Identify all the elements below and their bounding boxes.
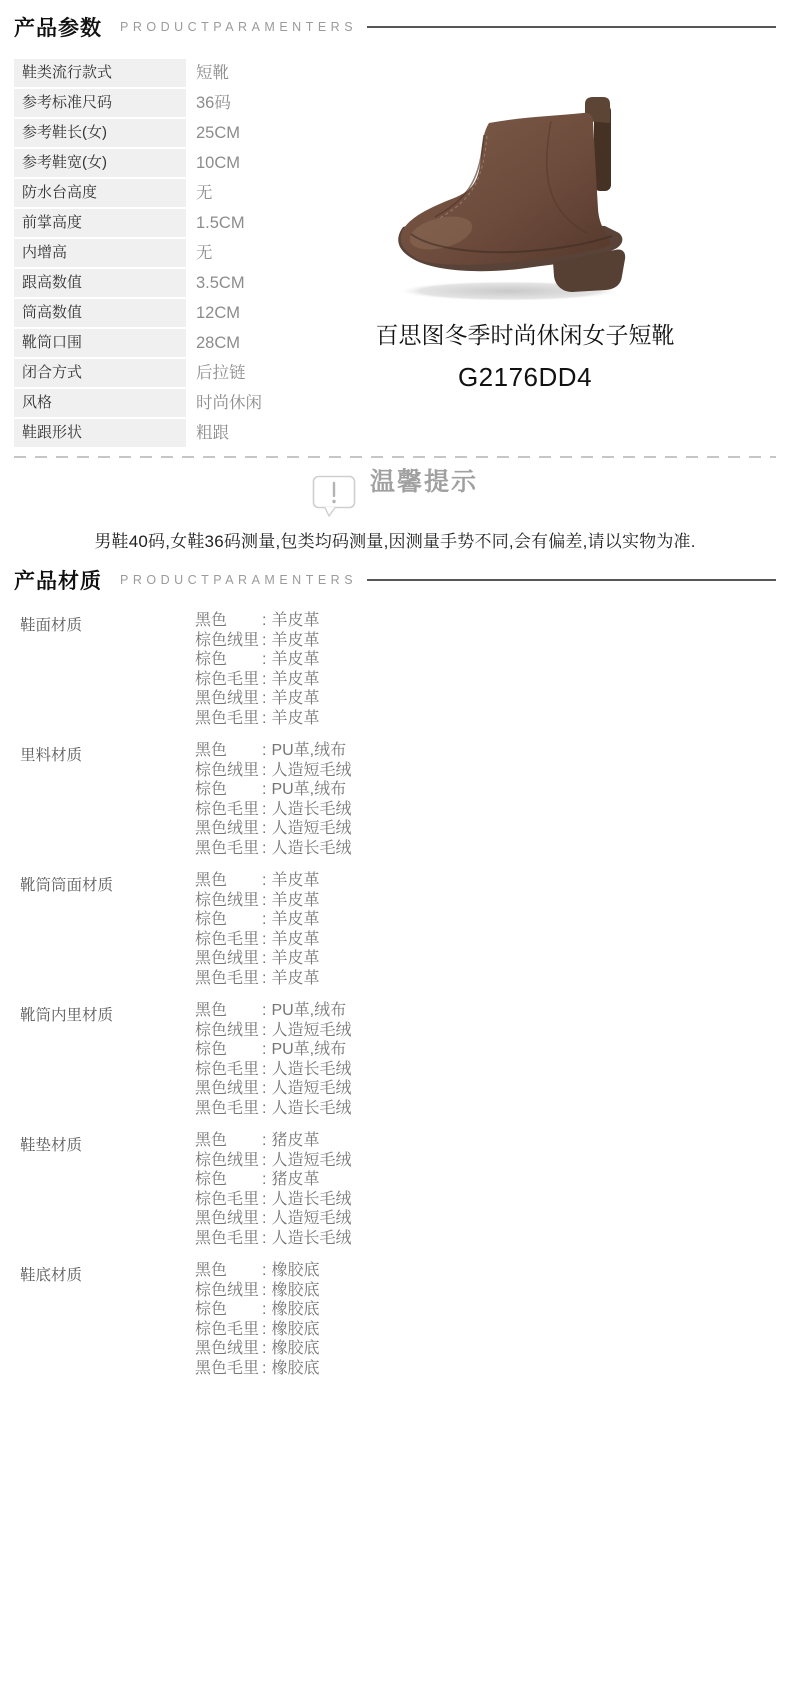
material-separator: : (262, 709, 266, 729)
material-value: 人造短毛绒 (271, 820, 351, 837)
material-line: 黑色:PU革,绒布 (195, 1001, 776, 1021)
material-line: 黑色绒里:人造短毛绒 (195, 819, 776, 839)
material-line: 棕色:猪皮革 (195, 1170, 776, 1190)
spec-row: 靴筒口围 28CM (14, 329, 374, 357)
material-line: 黑色:羊皮革 (195, 871, 776, 891)
materials-section-title: 产品材质 (14, 565, 102, 595)
tips-block: 温馨提示 男鞋40码,女鞋36码测量,包类均码测量,因测量手势不同,会有偏差,请… (0, 465, 790, 552)
material-line: 棕色绒里:人造短毛绒 (195, 761, 776, 781)
material-group-label: 鞋垫材质 (14, 1131, 195, 1248)
material-group: 鞋面材质 黑色:羊皮革 棕色绒里:羊皮革 棕色:羊皮革 棕色毛里:羊皮革 黑色绒… (14, 611, 776, 728)
material-color-name: 黑色毛里 (195, 1099, 262, 1119)
product-caption: 百思图冬季时尚休闲女子短靴 (350, 317, 700, 350)
material-line: 黑色:PU革,绒布 (195, 741, 776, 761)
material-separator: : (262, 1060, 266, 1080)
dashed-divider (14, 456, 776, 458)
params-section-subtitle: PRODUCTPARAMENTERS (120, 20, 357, 34)
material-separator: : (262, 1099, 266, 1119)
spec-row: 筒高数值 12CM (14, 299, 374, 327)
material-value: 羊皮革 (271, 671, 319, 688)
material-value: 羊皮革 (271, 872, 319, 889)
material-value: 羊皮革 (271, 950, 319, 967)
spec-label: 靴筒口围 (14, 329, 186, 357)
material-value: 人造长毛绒 (271, 1100, 351, 1117)
material-line: 黑色绒里:人造短毛绒 (195, 1209, 776, 1229)
material-separator: : (262, 761, 266, 781)
material-separator: : (262, 1190, 266, 1210)
material-value: PU革,绒布 (271, 1041, 346, 1058)
product-detail-page: 产品参数 PRODUCTPARAMENTERS 鞋类流行款式 短靴 参考标准尺码… (0, 0, 790, 1690)
material-value: 人造长毛绒 (271, 801, 351, 818)
material-separator: : (262, 1320, 266, 1340)
material-line: 棕色毛里:人造长毛绒 (195, 800, 776, 820)
material-color-name: 黑色绒里 (195, 1079, 262, 1099)
exclamation-bubble-icon (312, 475, 356, 521)
spec-value: 3.5CM (196, 269, 245, 297)
material-color-name: 黑色绒里 (195, 819, 262, 839)
material-separator: : (262, 650, 266, 670)
material-separator: : (262, 910, 266, 930)
material-color-name: 棕色绒里 (195, 1281, 262, 1301)
spec-table: 鞋类流行款式 短靴 参考标准尺码 36码 参考鞋长(女) 25CM 参考鞋宽(女… (14, 59, 374, 447)
material-value: 羊皮革 (271, 651, 319, 668)
material-color-name: 黑色毛里 (195, 709, 262, 729)
material-line: 棕色:羊皮革 (195, 910, 776, 930)
spec-value: 28CM (196, 329, 240, 357)
material-color-name: 棕色毛里 (195, 1060, 262, 1080)
material-line: 黑色毛里:羊皮革 (195, 969, 776, 989)
material-separator: : (262, 930, 266, 950)
material-value: 人造长毛绒 (271, 1061, 351, 1078)
material-lines: 黑色:猪皮革 棕色绒里:人造短毛绒 棕色:猪皮革 棕色毛里:人造长毛绒 黑色绒里… (195, 1131, 776, 1248)
spec-row: 参考鞋宽(女) 10CM (14, 149, 374, 177)
material-value: 人造长毛绒 (271, 1191, 351, 1208)
material-separator: : (262, 1001, 266, 1021)
tips-note: 男鞋40码,女鞋36码测量,包类均码测量,因测量手势不同,会有偏差,请以实物为准… (0, 527, 790, 552)
material-line: 棕色:羊皮革 (195, 650, 776, 670)
product-preview: 百思图冬季时尚休闲女子短靴 G2176DD4 (350, 95, 700, 393)
spec-label: 前掌高度 (14, 209, 186, 237)
materials-list: 鞋面材质 黑色:羊皮革 棕色绒里:羊皮革 棕色:羊皮革 棕色毛里:羊皮革 黑色绒… (0, 611, 790, 1378)
material-color-name: 棕色毛里 (195, 930, 262, 950)
material-group-label: 鞋底材质 (14, 1261, 195, 1378)
material-group: 靴筒内里材质 黑色:PU革,绒布 棕色绒里:人造短毛绒 棕色:PU革,绒布 棕色… (14, 1001, 776, 1118)
spec-value: 无 (196, 179, 213, 207)
material-line: 黑色:羊皮革 (195, 611, 776, 631)
material-value: 羊皮革 (271, 892, 319, 909)
spec-label: 防水台高度 (14, 179, 186, 207)
spec-label: 参考鞋长(女) (14, 119, 186, 147)
material-lines: 黑色:羊皮革 棕色绒里:羊皮革 棕色:羊皮革 棕色毛里:羊皮革 黑色绒里:羊皮革… (195, 871, 776, 988)
material-color-name: 棕色毛里 (195, 800, 262, 820)
spec-label: 参考鞋宽(女) (14, 149, 186, 177)
materials-section-subtitle: PRODUCTPARAMENTERS (120, 573, 357, 587)
material-separator: : (262, 1209, 266, 1229)
material-separator: : (262, 1170, 266, 1190)
material-separator: : (262, 1261, 266, 1281)
spec-row: 参考鞋长(女) 25CM (14, 119, 374, 147)
spec-value: 1.5CM (196, 209, 245, 237)
material-line: 棕色:橡胶底 (195, 1300, 776, 1320)
material-color-name: 棕色毛里 (195, 670, 262, 690)
material-separator: : (262, 1339, 266, 1359)
material-line: 棕色:PU革,绒布 (195, 1040, 776, 1060)
material-line: 棕色绒里:羊皮革 (195, 891, 776, 911)
material-group: 鞋底材质 黑色:橡胶底 棕色绒里:橡胶底 棕色:橡胶底 棕色毛里:橡胶底 黑色绒… (14, 1261, 776, 1378)
material-line: 黑色绒里:羊皮革 (195, 949, 776, 969)
material-group-label: 靴筒筒面材质 (14, 871, 195, 988)
material-value: 羊皮革 (271, 710, 319, 727)
params-section-title: 产品参数 (14, 12, 102, 42)
material-color-name: 黑色毛里 (195, 1229, 262, 1249)
spec-value: 时尚休闲 (196, 389, 262, 417)
material-line: 棕色毛里:人造长毛绒 (195, 1190, 776, 1210)
material-color-name: 棕色绒里 (195, 631, 262, 651)
header-rule-line (367, 26, 776, 28)
material-color-name: 黑色绒里 (195, 1339, 262, 1359)
material-line: 棕色绒里:人造短毛绒 (195, 1021, 776, 1041)
tips-header: 温馨提示 (312, 465, 478, 521)
material-line: 黑色:猪皮革 (195, 1131, 776, 1151)
spec-row: 鞋类流行款式 短靴 (14, 59, 374, 87)
material-separator: : (262, 1079, 266, 1099)
material-color-name: 棕色 (195, 1040, 262, 1060)
spec-row: 前掌高度 1.5CM (14, 209, 374, 237)
material-separator: : (262, 631, 266, 651)
spec-row: 闭合方式 后拉链 (14, 359, 374, 387)
material-color-name: 棕色绒里 (195, 1021, 262, 1041)
material-line: 棕色绒里:人造短毛绒 (195, 1151, 776, 1171)
material-separator: : (262, 969, 266, 989)
header-rule-line (367, 579, 776, 581)
material-value: 橡胶底 (271, 1301, 319, 1318)
material-lines: 黑色:PU革,绒布 棕色绒里:人造短毛绒 棕色:PU革,绒布 棕色毛里:人造长毛… (195, 1001, 776, 1118)
material-color-name: 黑色 (195, 741, 262, 761)
materials-section-header: 产品材质 PRODUCTPARAMENTERS (0, 565, 790, 595)
material-separator: : (262, 819, 266, 839)
material-value: 猪皮革 (271, 1171, 319, 1188)
spec-label: 筒高数值 (14, 299, 186, 327)
spec-value: 36码 (196, 89, 231, 117)
params-area: 鞋类流行款式 短靴 参考标准尺码 36码 参考鞋长(女) 25CM 参考鞋宽(女… (0, 59, 790, 451)
material-separator: : (262, 780, 266, 800)
material-line: 黑色绒里:橡胶底 (195, 1339, 776, 1359)
material-color-name: 棕色毛里 (195, 1190, 262, 1210)
material-value: 人造短毛绒 (271, 1210, 351, 1227)
material-line: 黑色绒里:羊皮革 (195, 689, 776, 709)
material-lines: 黑色:橡胶底 棕色绒里:橡胶底 棕色:橡胶底 棕色毛里:橡胶底 黑色绒里:橡胶底… (195, 1261, 776, 1378)
material-value: 猪皮革 (271, 1132, 319, 1149)
material-color-name: 黑色 (195, 1001, 262, 1021)
material-value: 橡胶底 (271, 1321, 319, 1338)
material-separator: : (262, 1300, 266, 1320)
tips-title: 温馨提示 (370, 465, 478, 499)
material-value: 橡胶底 (271, 1282, 319, 1299)
material-color-name: 黑色绒里 (195, 689, 262, 709)
material-separator: : (262, 1151, 266, 1171)
material-line: 黑色:橡胶底 (195, 1261, 776, 1281)
material-value: 羊皮革 (271, 690, 319, 707)
spec-label: 闭合方式 (14, 359, 186, 387)
material-separator: : (262, 949, 266, 969)
spec-row: 参考标准尺码 36码 (14, 89, 374, 117)
spec-value: 短靴 (196, 59, 229, 87)
material-value: 人造短毛绒 (271, 1080, 351, 1097)
material-value: 羊皮革 (271, 911, 319, 928)
boot-image (391, 95, 659, 303)
material-separator: : (262, 871, 266, 891)
material-line: 黑色毛里:人造长毛绒 (195, 1099, 776, 1119)
params-section-header: 产品参数 PRODUCTPARAMENTERS (0, 12, 790, 42)
material-value: 羊皮革 (271, 970, 319, 987)
material-group-label: 靴筒内里材质 (14, 1001, 195, 1118)
spec-value: 10CM (196, 149, 240, 177)
spec-label: 风格 (14, 389, 186, 417)
material-separator: : (262, 689, 266, 709)
material-color-name: 棕色 (195, 910, 262, 930)
material-separator: : (262, 611, 266, 631)
material-value: 橡胶底 (271, 1360, 319, 1377)
spec-value: 粗跟 (196, 419, 229, 447)
spec-row: 防水台高度 无 (14, 179, 374, 207)
material-line: 黑色毛里:人造长毛绒 (195, 1229, 776, 1249)
material-line: 棕色绒里:羊皮革 (195, 631, 776, 651)
spec-label: 鞋跟形状 (14, 419, 186, 447)
material-group-label: 鞋面材质 (14, 611, 195, 728)
spec-value: 25CM (196, 119, 240, 147)
material-line: 黑色毛里:人造长毛绒 (195, 839, 776, 859)
material-value: 羊皮革 (271, 931, 319, 948)
material-group: 里料材质 黑色:PU革,绒布 棕色绒里:人造短毛绒 棕色:PU革,绒布 棕色毛里… (14, 741, 776, 858)
material-color-name: 黑色绒里 (195, 1209, 262, 1229)
spec-label: 跟高数值 (14, 269, 186, 297)
material-color-name: 黑色 (195, 1261, 262, 1281)
material-value: 人造长毛绒 (271, 840, 351, 857)
material-color-name: 黑色 (195, 871, 262, 891)
material-separator: : (262, 1281, 266, 1301)
spec-row: 风格 时尚休闲 (14, 389, 374, 417)
spec-row: 鞋跟形状 粗跟 (14, 419, 374, 447)
material-color-name: 黑色 (195, 1131, 262, 1151)
material-color-name: 黑色绒里 (195, 949, 262, 969)
material-separator: : (262, 741, 266, 761)
material-value: PU革,绒布 (271, 781, 346, 798)
material-line: 棕色绒里:橡胶底 (195, 1281, 776, 1301)
material-separator: : (262, 670, 266, 690)
material-separator: : (262, 1131, 266, 1151)
material-group: 靴筒筒面材质 黑色:羊皮革 棕色绒里:羊皮革 棕色:羊皮革 棕色毛里:羊皮革 黑… (14, 871, 776, 988)
material-separator: : (262, 891, 266, 911)
material-line: 黑色毛里:橡胶底 (195, 1359, 776, 1379)
material-separator: : (262, 1040, 266, 1060)
material-line: 棕色:PU革,绒布 (195, 780, 776, 800)
material-value: 橡胶底 (271, 1262, 319, 1279)
material-value: 人造短毛绒 (271, 762, 351, 779)
material-line: 棕色毛里:橡胶底 (195, 1320, 776, 1340)
material-color-name: 棕色 (195, 1300, 262, 1320)
material-color-name: 黑色毛里 (195, 969, 262, 989)
material-color-name: 棕色 (195, 1170, 262, 1190)
material-line: 棕色毛里:羊皮革 (195, 670, 776, 690)
material-group: 鞋垫材质 黑色:猪皮革 棕色绒里:人造短毛绒 棕色:猪皮革 棕色毛里:人造长毛绒… (14, 1131, 776, 1248)
spec-value: 12CM (196, 299, 240, 327)
material-value: PU革,绒布 (271, 742, 346, 759)
material-separator: : (262, 1021, 266, 1041)
material-line: 棕色毛里:人造长毛绒 (195, 1060, 776, 1080)
spec-label: 内增高 (14, 239, 186, 267)
spec-row: 跟高数值 3.5CM (14, 269, 374, 297)
material-color-name: 棕色绒里 (195, 761, 262, 781)
material-color-name: 黑色毛里 (195, 1359, 262, 1379)
material-line: 棕色毛里:羊皮革 (195, 930, 776, 950)
material-value: 人造长毛绒 (271, 1230, 351, 1247)
spec-row: 内增高 无 (14, 239, 374, 267)
spec-label: 鞋类流行款式 (14, 59, 186, 87)
material-separator: : (262, 839, 266, 859)
material-line: 黑色绒里:人造短毛绒 (195, 1079, 776, 1099)
material-color-name: 棕色绒里 (195, 1151, 262, 1171)
material-separator: : (262, 1359, 266, 1379)
material-value: 羊皮革 (271, 612, 319, 629)
material-lines: 黑色:羊皮革 棕色绒里:羊皮革 棕色:羊皮革 棕色毛里:羊皮革 黑色绒里:羊皮革… (195, 611, 776, 728)
spec-label: 参考标准尺码 (14, 89, 186, 117)
material-line: 黑色毛里:羊皮革 (195, 709, 776, 729)
material-color-name: 棕色 (195, 650, 262, 670)
spec-value: 无 (196, 239, 213, 267)
material-separator: : (262, 800, 266, 820)
material-value: PU革,绒布 (271, 1002, 346, 1019)
material-value: 人造短毛绒 (271, 1022, 351, 1039)
product-model-code: G2176DD4 (350, 362, 700, 393)
material-lines: 黑色:PU革,绒布 棕色绒里:人造短毛绒 棕色:PU革,绒布 棕色毛里:人造长毛… (195, 741, 776, 858)
material-separator: : (262, 1229, 266, 1249)
material-value: 人造短毛绒 (271, 1152, 351, 1169)
material-group-label: 里料材质 (14, 741, 195, 858)
material-color-name: 棕色 (195, 780, 262, 800)
material-color-name: 黑色 (195, 611, 262, 631)
material-value: 橡胶底 (271, 1340, 319, 1357)
material-color-name: 棕色毛里 (195, 1320, 262, 1340)
spec-value: 后拉链 (196, 359, 246, 387)
material-color-name: 黑色毛里 (195, 839, 262, 859)
material-value: 羊皮革 (271, 632, 319, 649)
material-color-name: 棕色绒里 (195, 891, 262, 911)
